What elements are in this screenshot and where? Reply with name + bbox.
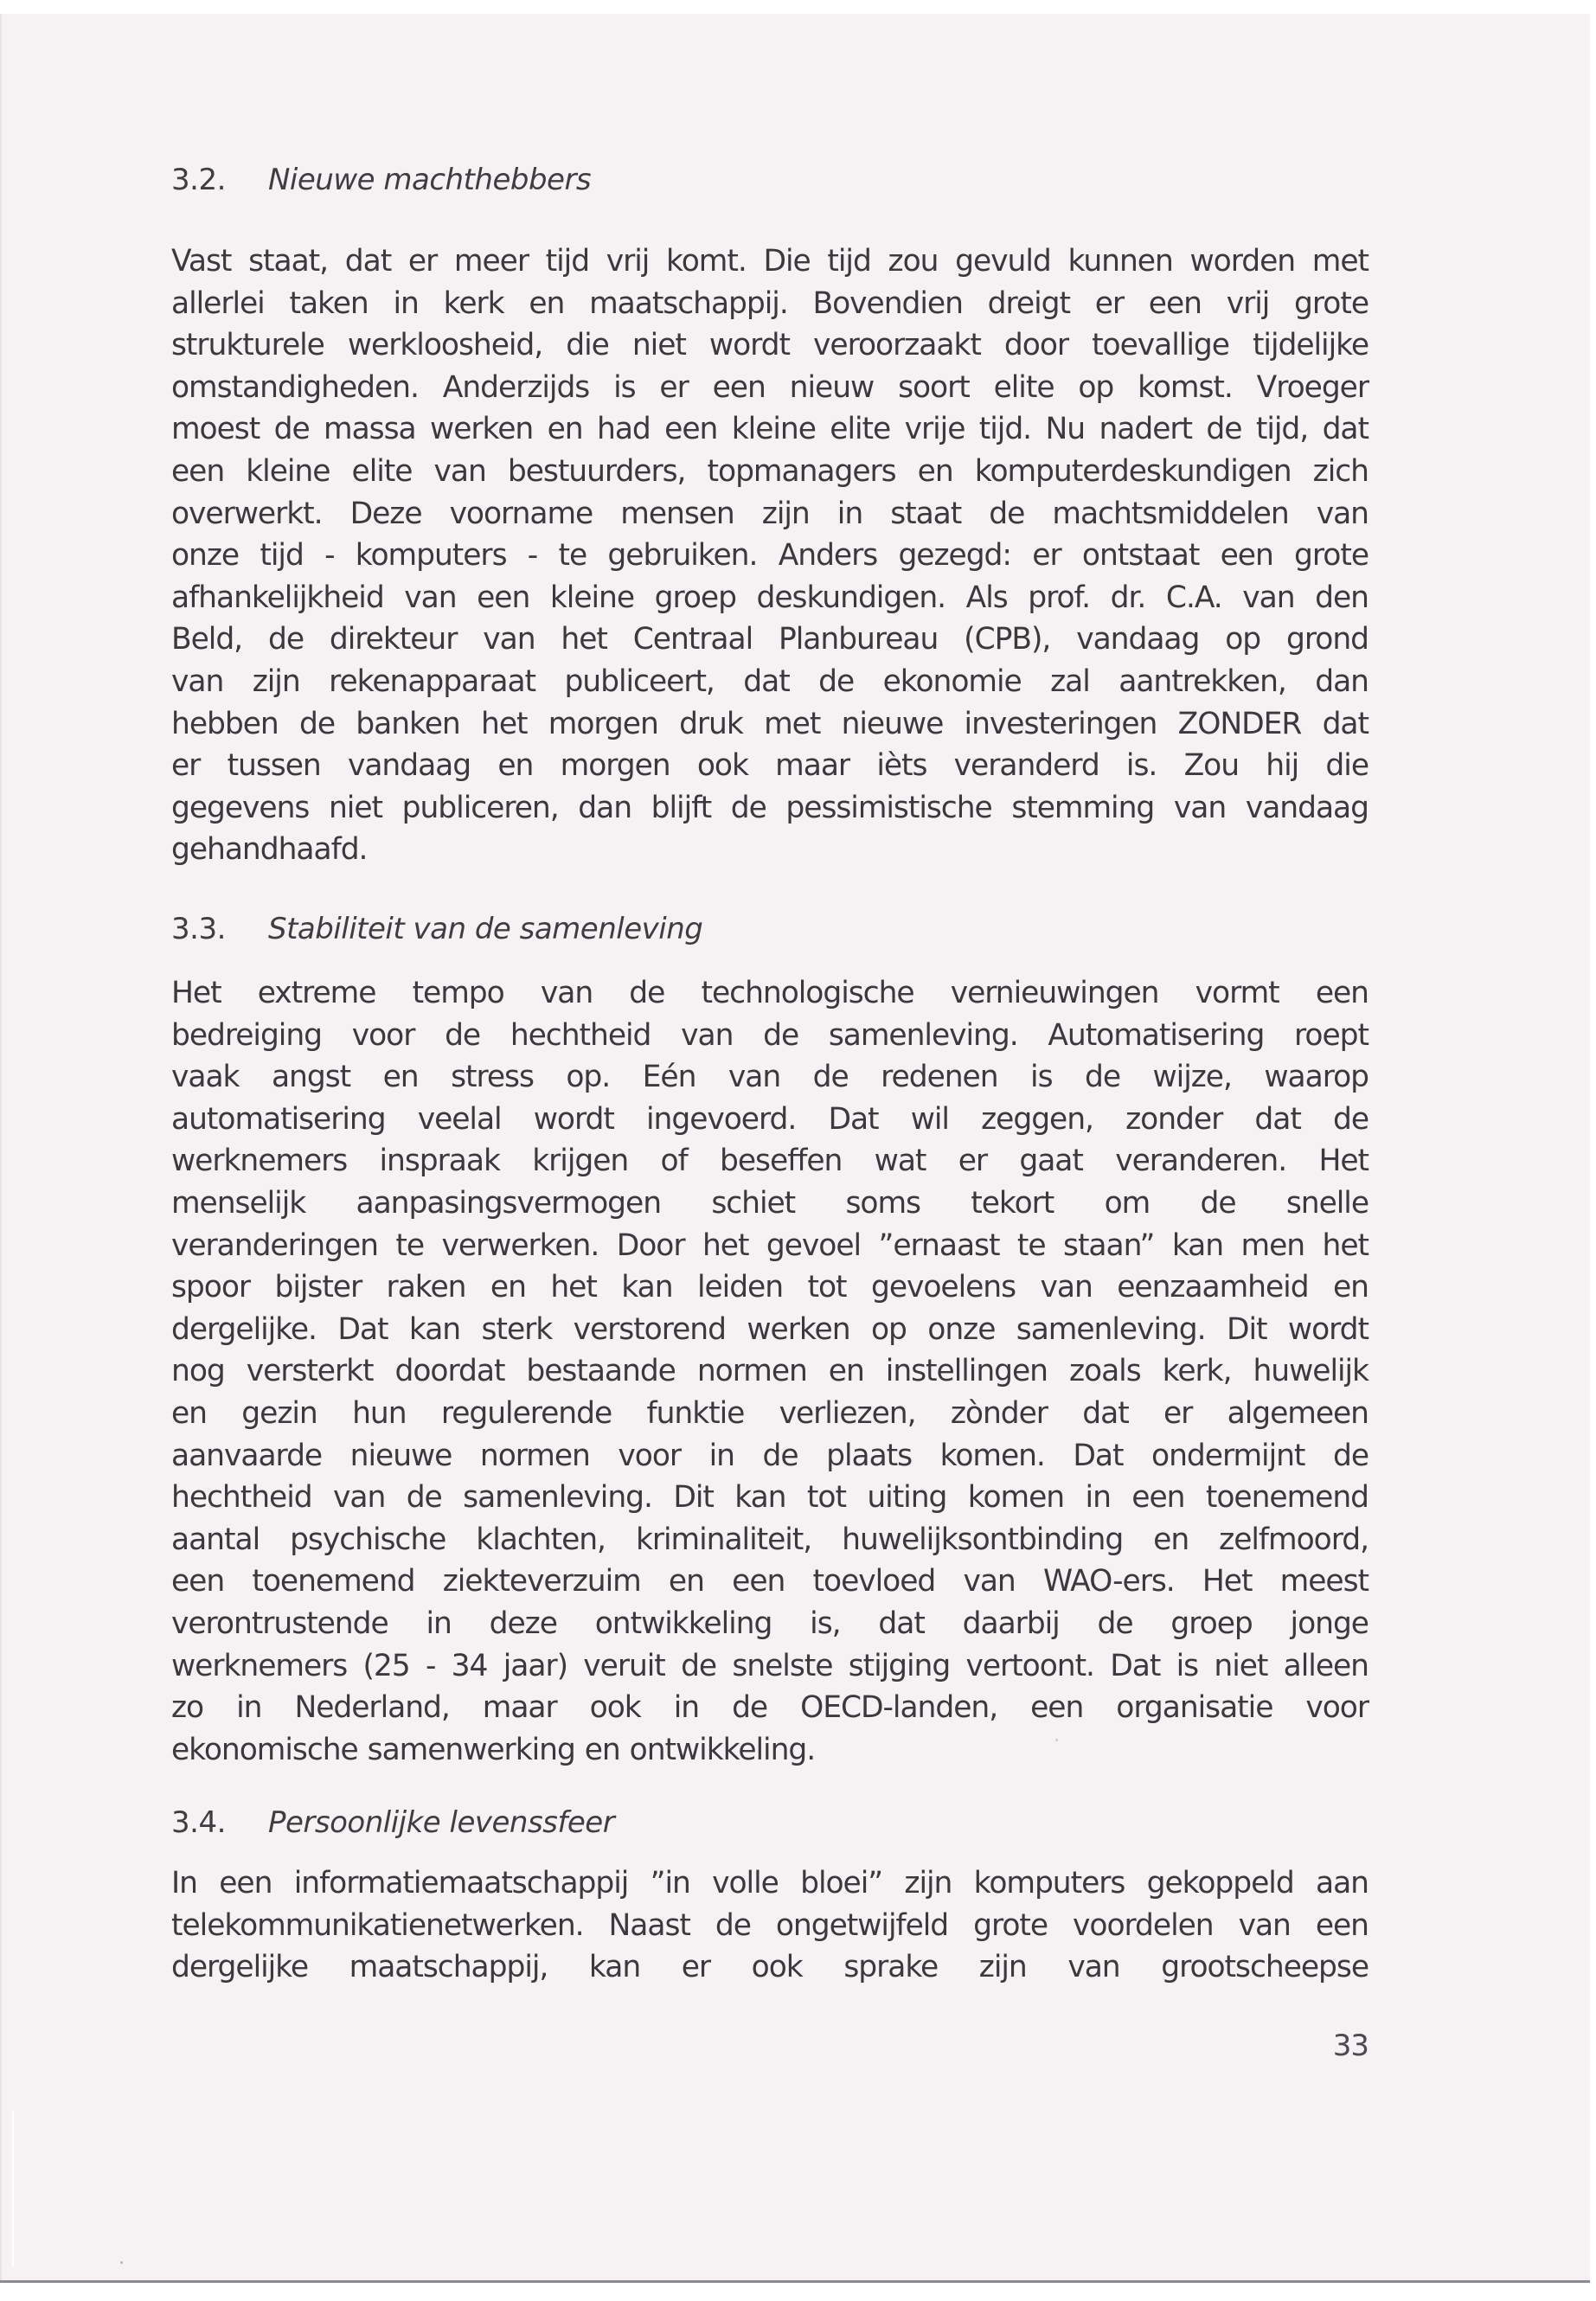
text-line: Vast staat, dat er meer tijd vrij komt. … [171,240,1368,283]
text-line: allerlei taken in kerk en maatschappij. … [171,283,1368,325]
section-title: Persoonlijke levenssfeer [268,1805,614,1840]
section-heading-3-2: 3.2.Nieuwe machthebbers [171,163,591,197]
page-number: 33 [1282,2029,1368,2063]
text-line: dergelijke maatschappij, kan er ook spra… [171,1946,1368,1989]
text-line: automatisering veelal wordt ingevoerd. D… [171,1099,1368,1141]
text-line: vaak angst en stress op. Eén van de rede… [171,1056,1368,1099]
section-title: Nieuwe machthebbers [268,163,591,197]
text-line: en gezin hun regulerende funktie verliez… [171,1393,1368,1435]
text-line: menselijk aanpasingsvermogen schiet soms… [171,1183,1368,1225]
text-line: omstandigheden. Anderzijds is er een nie… [171,367,1368,409]
section-heading-3-3: 3.3.Stabiliteit van de samenleving [171,912,702,946]
text-line: zo in Nederland, maar ook in de OECD-lan… [171,1687,1368,1729]
section-heading-3-4: 3.4.Persoonlijke levenssfeer [171,1805,614,1840]
text-line: telekommunikatienetwerken. Naast de onge… [171,1905,1368,1947]
scan-speck [1055,1739,1058,1741]
text-line: gehandhaafd. [171,829,1368,871]
text-line: dergelijke. Dat kan sterk verstorend wer… [171,1309,1368,1351]
section-number: 3.2. [171,163,268,197]
text-line: overwerkt. Deze voorname mensen zijn in … [171,493,1368,535]
text-line: ekonomische samenwerking en ontwikkeling… [171,1729,1368,1772]
text-line: werknemers inspraak krijgen of beseffen … [171,1140,1368,1183]
text-line: nog versterkt doordat bestaande normen e… [171,1350,1368,1393]
paragraph: In een informatiemaatschappij ”in volle … [171,1862,1368,1989]
text-line: bedreiging voor de hechtheid van de same… [171,1015,1368,1057]
text-line: aanvaarde nieuwe normen voor in de plaat… [171,1435,1368,1477]
section-number: 3.4. [171,1805,268,1840]
text-line: van zijn rekenapparaat publiceert, dat d… [171,661,1368,703]
scan-speck [120,2261,123,2264]
text-line: een toenemend ziekteverzuim en een toevl… [171,1561,1368,1603]
paragraph: Vast staat, dat er meer tijd vrij komt. … [171,240,1368,871]
text-line: In een informatiemaatschappij ”in volle … [171,1862,1368,1905]
section-paragraph-3-3: Het extreme tempo van de technologische … [171,972,1368,1771]
page-edge [12,2111,14,2266]
text-line: werknemers (25 - 34 jaar) veruit de snel… [171,1645,1368,1688]
text-line: moest de massa werken en had een kleine … [171,408,1368,451]
text-line: onze tijd - komputers - te gebruiken. An… [171,535,1368,577]
text-line: een kleine elite van bestuurders, topman… [171,451,1368,493]
section-paragraph-3-2: Vast staat, dat er meer tijd vrij komt. … [171,240,1368,871]
text-line: verontrustende in deze ontwikkeling is, … [171,1603,1368,1645]
section-title: Stabiliteit van de samenleving [268,912,702,946]
text-line: afhankelijkheid van een kleine groep des… [171,577,1368,619]
section-number: 3.3. [171,912,268,946]
text-line: gegevens niet publiceren, dan blijft de … [171,787,1368,830]
text-line: aantal psychische klachten, kriminalitei… [171,1519,1368,1561]
text-line: spoor bijster raken en het kan leiden to… [171,1266,1368,1309]
text-line: er tussen vandaag en morgen ook maar ièt… [171,745,1368,787]
text-line: Het extreme tempo van de technologische … [171,972,1368,1015]
paragraph: Het extreme tempo van de technologische … [171,972,1368,1771]
text-line: veranderingen te verwerken. Door het gev… [171,1225,1368,1267]
text-line: strukturele werkloosheid, die niet wordt… [171,324,1368,367]
text-line: Beld, de direkteur van het Centraal Plan… [171,619,1368,661]
text-line: hechtheid van de samenleving. Dit kan to… [171,1477,1368,1519]
text-line: hebben de banken het morgen druk met nie… [171,703,1368,746]
section-paragraph-3-4: In een informatiemaatschappij ”in volle … [171,1862,1368,1989]
